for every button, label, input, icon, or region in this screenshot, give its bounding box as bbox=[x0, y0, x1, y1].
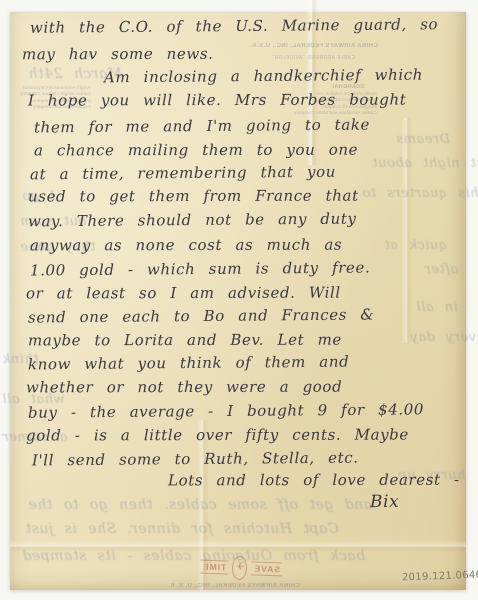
letter-line: at a time, remembering that you bbox=[30, 163, 336, 184]
bleedthrough-letterhead-line: CHINA AIRWAYS FEDERAL, INC., U.S.A. bbox=[250, 43, 378, 49]
letter-line: send one each to Bo and Frances & bbox=[28, 305, 374, 326]
letter-line: I hope you will like. Mrs Forbes bought bbox=[28, 91, 406, 110]
scanned-letter: 33 CHINA AIRWAYS FEDERAL, INC., U.S.A.CA… bbox=[0, 0, 478, 600]
letter-line: anyway as none cost as much as bbox=[30, 236, 342, 255]
save-time-stamp: SAVE ✈ TIME bbox=[199, 550, 282, 587]
letter-line: Am inclosing a handkerchief which bbox=[104, 66, 423, 87]
letter-line: used to get them from France that bbox=[28, 187, 359, 206]
bleedthrough-handwriting-line: in all bbox=[416, 300, 458, 315]
letter-line: gold - is a little over fifty cents. May… bbox=[26, 425, 409, 444]
bleedthrough-letterhead-line: CABLE ADDRESS: "AVIOFLOR" bbox=[272, 55, 355, 61]
letter-line: or at least so I am advised. Will bbox=[26, 284, 341, 303]
letter-line: with the C.O. of the U.S. Marine guard, … bbox=[30, 15, 438, 37]
airplane-icon: ✈ bbox=[232, 556, 248, 581]
letter-line: way. There should not be any duty bbox=[28, 210, 357, 231]
letter-line: buy - the average - I bought 9 for $4.00 bbox=[28, 400, 424, 421]
stamp-right-label: TIME bbox=[200, 560, 229, 575]
bleedthrough-handwriting-line: Capt Hutchins for dinner. She is just bbox=[25, 521, 339, 537]
bleedthrough-handwriting-line: and get off some cables. then go to the bbox=[28, 497, 372, 513]
letter-line: I'll send some to Ruth, Stella, etc. bbox=[32, 449, 359, 470]
catalog-number: 2019.121.0646 bbox=[402, 570, 478, 584]
letter-line: 1.00 gold - which sum is duty free. bbox=[30, 259, 370, 280]
bleedthrough-handwriting-line: after bbox=[424, 262, 458, 277]
letter-line: Bix bbox=[370, 492, 400, 512]
stamp-left-label: SAVE bbox=[251, 561, 282, 576]
letter-line: maybe to Lorita and Bev. Let me bbox=[28, 331, 342, 350]
letter-line: know what you think of them and bbox=[28, 353, 349, 374]
letter-line: a chance mailing them to you one bbox=[34, 141, 358, 160]
letter-line: may hav some news. bbox=[22, 45, 214, 64]
bleedthrough-handwriting-line: every day bbox=[410, 330, 478, 345]
bleedthrough-handwriting-line: back from Outgoing cables - its stamped bbox=[22, 548, 365, 564]
bleedthrough-handwriting-line: last night about bbox=[372, 156, 478, 171]
bleedthrough-handwriting-line: quick at bbox=[384, 238, 447, 253]
bleedthrough-letterhead-line: SHANGHAI bbox=[332, 84, 365, 90]
bleedthrough-handwriting-line: Dreams bbox=[396, 132, 450, 147]
letter-line: Lots and lots of love dearest - bbox=[168, 471, 460, 490]
bleedthrough-handwriting-line: of his quarters to bbox=[362, 186, 478, 201]
letter-line: whether or not they were a good bbox=[26, 378, 342, 397]
letter-line: them for me and I'm going to take bbox=[34, 116, 370, 137]
